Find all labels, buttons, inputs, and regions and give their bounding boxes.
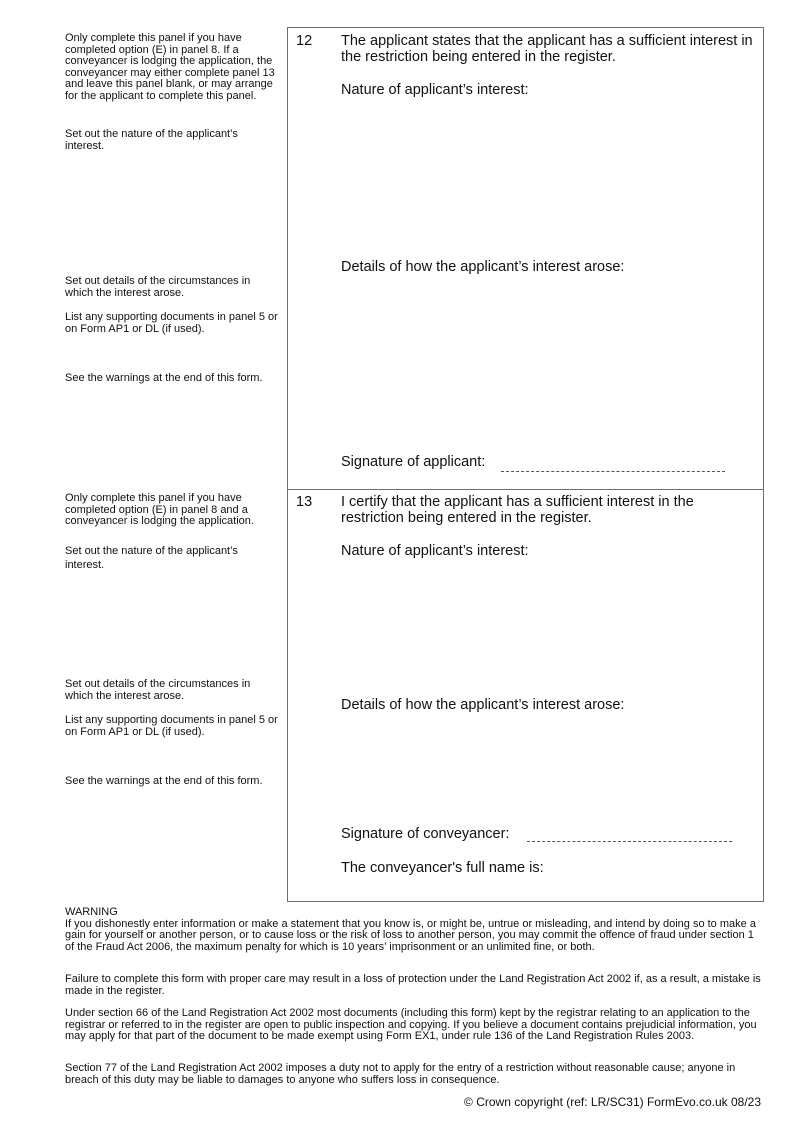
panel-13-nature-label: Nature of applicant’s interest:	[341, 543, 529, 559]
panel-12-guidance-intro: Only complete this panel if you have com…	[65, 33, 280, 103]
panel-12-details-label: Details of how the applicant’s interest …	[341, 259, 624, 275]
panel-13-nature-field[interactable]	[341, 563, 756, 683]
warning-section-77: Section 77 of the Land Registration Act …	[65, 1063, 765, 1086]
guidance-text: Set out the nature of the applicant’s in…	[65, 544, 280, 572]
guidance-text: Set out details of the circumstances in …	[65, 679, 280, 702]
warning-block: WARNING If you dishonestly enter informa…	[65, 907, 765, 953]
panel-12-signature-label: Signature of applicant:	[341, 454, 485, 470]
guidance-text: Set out details of the circumstances in …	[65, 276, 280, 299]
guidance-text: Set out the nature of the applicant’s in…	[65, 129, 280, 152]
guidance-text: List any supporting documents in panel 5…	[65, 312, 280, 335]
panel-13-details-label: Details of how the applicant’s interest …	[341, 697, 624, 713]
panel-12-signature-line[interactable]	[501, 471, 725, 472]
panel-13-guidance-nature: Set out the nature of the applicant’s in…	[65, 544, 280, 572]
panel-13-signature-label: Signature of conveyancer:	[341, 826, 509, 842]
panel-13-fullname-field[interactable]	[341, 878, 756, 896]
panel-12-guidance-nature: Set out the nature of the applicant’s in…	[65, 129, 280, 152]
panel-13-number: 13	[296, 494, 312, 510]
panel-13-details-field[interactable]	[341, 717, 756, 817]
warning-fraud: If you dishonestly enter information or …	[65, 919, 765, 954]
panel-13-guidance-intro: Only complete this panel if you have com…	[65, 493, 280, 528]
warning-text: Section 77 of the Land Registration Act …	[65, 1063, 765, 1086]
warning-text: Under section 66 of the Land Registratio…	[65, 1008, 765, 1043]
panel-12-details-field[interactable]	[341, 279, 756, 439]
warning-heading: WARNING	[65, 907, 765, 919]
guidance-text: List any supporting documents in panel 5…	[65, 715, 280, 738]
warning-text: Failure to complete this form with prope…	[65, 974, 765, 997]
panel-12-number: 12	[296, 33, 312, 49]
panel-12-nature-label: Nature of applicant’s interest:	[341, 82, 529, 98]
panel-13-statement: I certify that the applicant has a suffi…	[341, 494, 741, 526]
warning-section-66: Under section 66 of the Land Registratio…	[65, 1008, 765, 1043]
guidance-text: See the warnings at the end of this form…	[65, 373, 280, 385]
guidance-text: See the warnings at the end of this form…	[65, 776, 280, 788]
panel-13-signature-line[interactable]	[527, 841, 732, 842]
panel-12-guidance-warnings: See the warnings at the end of this form…	[65, 373, 280, 385]
panel-12-nature-field[interactable]	[341, 102, 756, 242]
guidance-text: Only complete this panel if you have com…	[65, 493, 280, 528]
warning-care: Failure to complete this form with prope…	[65, 974, 765, 997]
panel-12-guidance-documents: List any supporting documents in panel 5…	[65, 312, 280, 335]
panel-12-statement: The applicant states that the applicant …	[341, 33, 756, 65]
panel-13-guidance-documents: List any supporting documents in panel 5…	[65, 715, 280, 738]
panel-13-guidance-warnings: See the warnings at the end of this form…	[65, 776, 280, 788]
copyright-footer: © Crown copyright (ref: LR/SC31) FormEvo…	[464, 1095, 761, 1109]
panel-13-fullname-label: The conveyancer's full name is:	[341, 860, 544, 876]
panel-13-guidance-circumstances: Set out details of the circumstances in …	[65, 679, 280, 702]
guidance-text: Only complete this panel if you have com…	[65, 33, 280, 103]
panel-12-guidance-circumstances: Set out details of the circumstances in …	[65, 276, 280, 299]
